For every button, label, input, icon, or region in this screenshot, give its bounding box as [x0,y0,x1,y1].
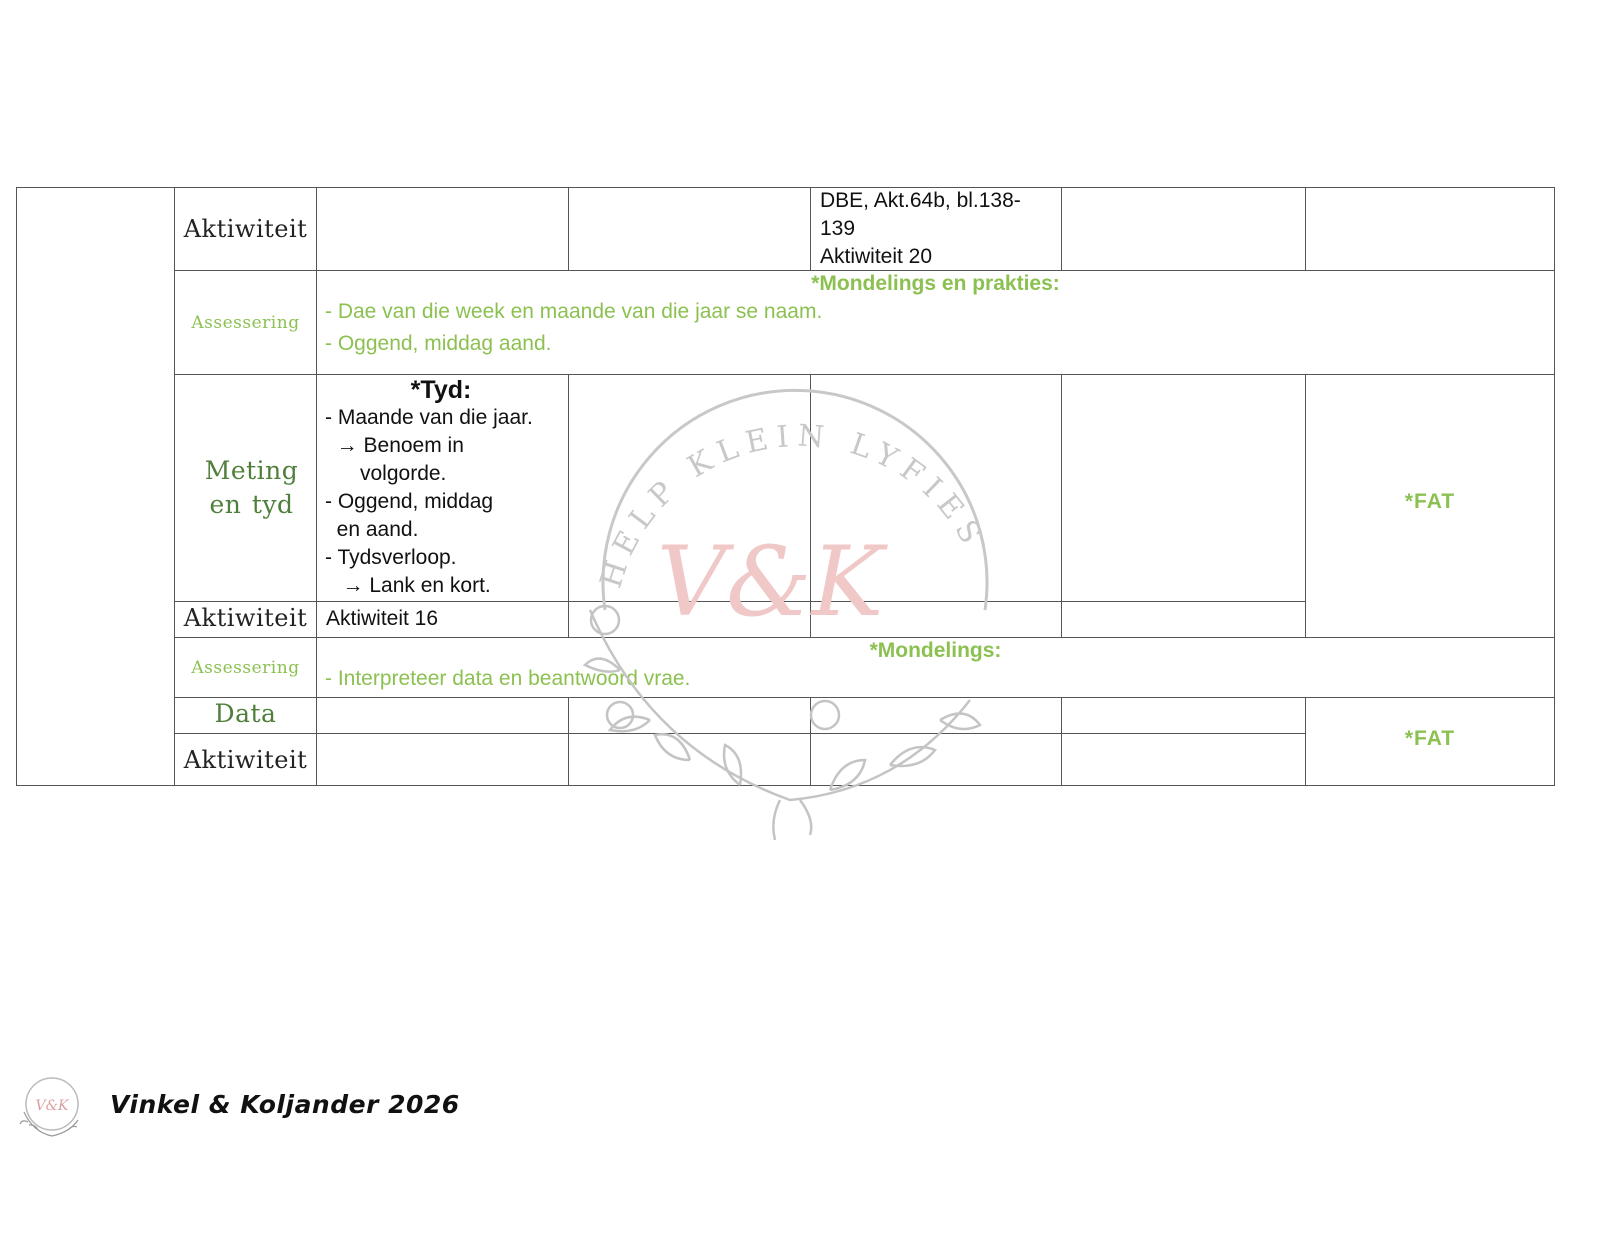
table-cell [316,697,569,734]
table-cell [568,601,811,638]
assessment-item: - Interpreteer data en beantwoord vrae. [325,663,690,695]
table-cell [568,374,811,602]
table-cell [568,733,811,786]
fat-label: *FAT [1305,727,1555,751]
fat-label: *FAT [1305,490,1555,514]
table-cell [1061,733,1306,786]
row-label-assessering: Assessering [174,270,317,375]
activity-reference: Aktiwiteit 16 [326,605,438,633]
row-label-aktiwiteit: Aktiwiteit [174,733,317,786]
table-cell [1305,187,1555,271]
footer-logo-icon: V&K [18,1072,86,1140]
activity-reference: DBE, Akt.64b, bl.138- 139 Aktiwiteit 20 [820,187,1056,271]
svg-text:V&K: V&K [35,1098,70,1114]
table-cell [810,601,1062,638]
assessment-item: - Dae van die week en maande van die jaa… [325,296,822,328]
row-label-aktiwiteit: Aktiwiteit [174,187,317,271]
table-cell [316,733,569,786]
footer-title: Vinkel & Koljander 2026 [110,1090,460,1119]
term-column-cell [16,187,175,786]
table-cell [568,187,811,271]
row-label-aktiwiteit: Aktiwiteit [174,599,317,636]
topic-heading: *Tyd: [325,376,557,404]
lesson-plan-page: Aktiwiteit DBE, Akt.64b, bl.138- 139 Akt… [0,0,1600,1236]
assessment-heading: *Mondelings: [316,639,1555,663]
table-cell [316,187,569,271]
row-label-meting-en-tyd: Meting en tyd [184,374,319,602]
table-cell [810,374,1062,602]
topic-content: *Tyd: - Maande van die jaar. → Benoem in… [325,376,565,600]
table-cell [810,697,1062,734]
table-cell [810,733,1062,786]
table-cell [1061,374,1306,602]
table-cell [1061,187,1306,271]
row-label-assessering: Assessering [174,637,317,698]
assessment-heading: *Mondelings en prakties: [316,272,1555,296]
row-label-data: Data [174,695,317,732]
assessment-item: - Oggend, middag aand. [325,328,552,360]
table-cell [1061,697,1306,734]
table-cell [1061,601,1306,638]
table-cell [568,697,811,734]
